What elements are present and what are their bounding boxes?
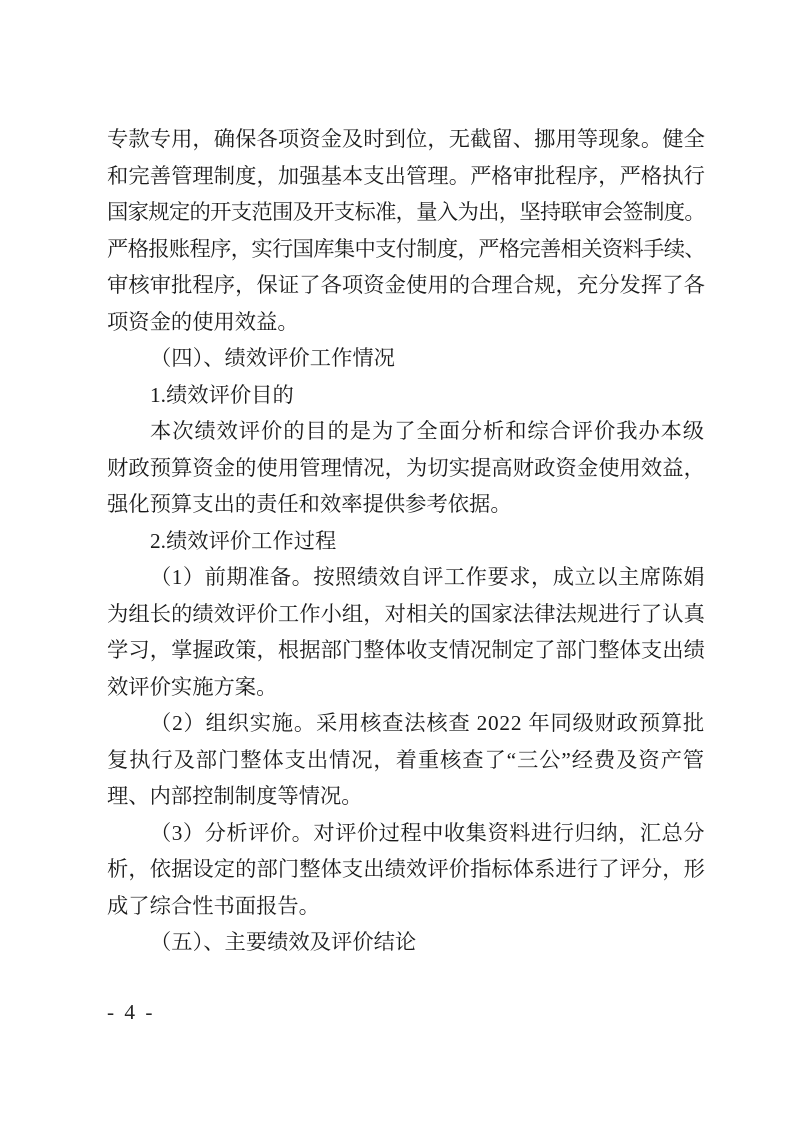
text-line: 严格报账程序，实行国库集中支付制度，严格完善相关资料手续、 [107,231,705,268]
text-line-content: 强化预算支出的责任和效率提供参考依据。 [107,492,512,516]
heading-line: （五）、主要绩效及评价结论 [107,924,705,961]
page-body-text: 专款专用，确保各项资金及时到位，无截留、挪用等现象。健全 和完善管理制度，加强基… [107,121,705,961]
heading-text: （四）、绩效评价工作情况 [150,346,395,370]
heading-text: 1.绩效评价目的 [150,383,294,407]
text-line: 理、内部控制制度等情况。 [107,778,705,815]
text-line-content: （2）组织实施。采用核查法核查 2022 年同级财政预算批 [150,711,705,735]
text-line: 项资金的使用效益。 [107,304,705,341]
heading-section-4: （四）、绩效评价工作情况 [107,340,705,377]
text-line: 强化预算支出的责任和效率提供参考依据。 [107,486,705,523]
paragraph-analysis: （3）分析评价。对评价过程中收集资料进行归纳，汇总分 析，依据设定的部门整体支出… [107,815,705,925]
text-line: 本次绩效评价的目的是为了全面分析和综合评价我办本级 [107,413,705,450]
text-line: 析，依据设定的部门整体支出绩效评价指标体系进行了评分，形 [107,851,705,888]
text-line: 审核审批程序，保证了各项资金使用的合理合规，充分发挥了各 [107,267,705,304]
text-line-content: 为组长的绩效评价工作小组，对相关的国家法律法规进行了认真 [107,602,705,626]
text-line: 专款专用，确保各项资金及时到位，无截留、挪用等现象。健全 [107,121,705,158]
text-line-content: （3）分析评价。对评价过程中收集资料进行归纳，汇总分 [150,821,705,845]
heading-text: 2.绩效评价工作过程 [150,529,336,553]
text-line-content: 财政预算资金的使用管理情况，为切实提高财政资金使用效益， [107,456,705,480]
text-line-content: 严格报账程序，实行国库集中支付制度，严格完善相关资料手续、 [107,237,705,261]
paragraph-fund-management: 专款专用，确保各项资金及时到位，无截留、挪用等现象。健全 和完善管理制度，加强基… [107,121,705,340]
text-line-content: 项资金的使用效益。 [107,310,299,334]
text-line-content: （1）前期准备。按照绩效自评工作要求，成立以主席陈娟 [150,565,705,589]
text-line: （3）分析评价。对评价过程中收集资料进行归纳，汇总分 [107,815,705,852]
text-line-content: 效评价实施方案。 [107,675,277,699]
text-line: 学习，掌握政策，根据部门整体收支情况制定了部门整体支出绩 [107,632,705,669]
text-line-content: 专款专用，确保各项资金及时到位，无截留、挪用等现象。健全 [107,127,705,151]
paragraph-evaluation-purpose: 本次绩效评价的目的是为了全面分析和综合评价我办本级 财政预算资金的使用管理情况，… [107,413,705,523]
text-line: （2）组织实施。采用核查法核查 2022 年同级财政预算批 [107,705,705,742]
heading-evaluation-process: 2.绩效评价工作过程 [107,523,705,560]
text-line-content: 析，依据设定的部门整体支出绩效评价指标体系进行了评分，形 [107,857,705,881]
heading-line: 1.绩效评价目的 [107,377,705,414]
heading-line: 2.绩效评价工作过程 [107,523,705,560]
text-line: 国家规定的开支范围及开支标准，量入为出，坚持联审会签制度。 [107,194,705,231]
text-line: 为组长的绩效评价工作小组，对相关的国家法律法规进行了认真 [107,596,705,633]
text-line-content: 学习，掌握政策，根据部门整体收支情况制定了部门整体支出绩 [107,638,705,662]
text-line-content: 成了综合性书面报告。 [107,894,320,918]
document-page: 专款专用，确保各项资金及时到位，无截留、挪用等现象。健全 和完善管理制度，加强基… [0,0,793,1122]
heading-evaluation-purpose: 1.绩效评价目的 [107,377,705,414]
text-line: 成了综合性书面报告。 [107,888,705,925]
text-line-content: 理、内部控制制度等情况。 [107,784,363,808]
page-number: - 4 - [107,994,152,1031]
heading-section-5: （五）、主要绩效及评价结论 [107,924,705,961]
text-line-content: 审核审批程序，保证了各项资金使用的合理合规，充分发挥了各 [107,273,705,297]
text-line-content: 本次绩效评价的目的是为了全面分析和综合评价我办本级 [150,419,705,443]
text-line-content: 国家规定的开支范围及开支标准，量入为出，坚持联审会签制度。 [107,200,705,224]
paragraph-implementation: （2）组织实施。采用核查法核查 2022 年同级财政预算批 复执行及部门整体支出… [107,705,705,815]
heading-text: （五）、主要绩效及评价结论 [150,930,416,954]
text-line: 效评价实施方案。 [107,669,705,706]
text-line: 复执行及部门整体支出情况，着重核查了“三公”经费及资产管 [107,742,705,779]
heading-line: （四）、绩效评价工作情况 [107,340,705,377]
text-line: 财政预算资金的使用管理情况，为切实提高财政资金使用效益， [107,450,705,487]
text-line: 和完善管理制度，加强基本支出管理。严格审批程序，严格执行 [107,158,705,195]
paragraph-preparation: （1）前期准备。按照绩效自评工作要求，成立以主席陈娟 为组长的绩效评价工作小组，… [107,559,705,705]
text-line-content: 复执行及部门整体支出情况，着重核查了“三公”经费及资产管 [107,748,705,772]
text-line-content: 和完善管理制度，加强基本支出管理。严格审批程序，严格执行 [107,164,705,188]
text-line: （1）前期准备。按照绩效自评工作要求，成立以主席陈娟 [107,559,705,596]
